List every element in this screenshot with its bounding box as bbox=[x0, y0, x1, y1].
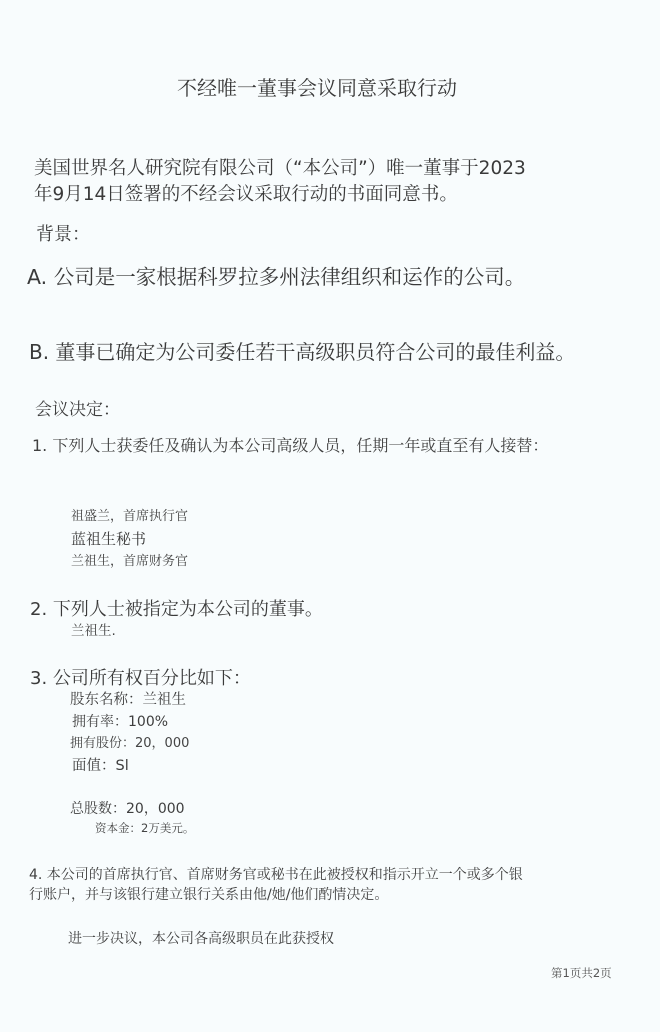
officer-cfo: 兰祖生，首席财务官 bbox=[71, 555, 188, 568]
background-item-b: B. 董事已确定为公司委任若干高级职员符合公司的最佳利益。 bbox=[29, 342, 575, 362]
resolution-3-text: 3. 公司所有权百分比如下： bbox=[30, 670, 251, 688]
officer-secretary: 蓝祖生秘书 bbox=[71, 532, 146, 547]
resolution-2-text: 2. 下列人士被指定为本公司的董事。 bbox=[30, 601, 323, 619]
par-value: 面值：Sl bbox=[72, 759, 129, 774]
page-indicator: 第1页共2页 bbox=[551, 968, 612, 980]
officer-ceo: 祖盛兰，首席执行官 bbox=[71, 510, 188, 523]
intro-line-2: 年9月14日签署的不经会议采取行动的书面同意书。 bbox=[34, 186, 458, 205]
background-item-a: A. 公司是一家根据科罗拉多州法律组织和运作的公司。 bbox=[27, 267, 525, 288]
background-heading: 背景： bbox=[36, 226, 90, 244]
capital: 资本金：2万美元。 bbox=[95, 823, 194, 835]
resolution-4-line-2: 行账户，并与该银行建立银行关系由他/她/他们酌情决定。 bbox=[29, 888, 388, 902]
shares-owned: 拥有股份：20，000 bbox=[70, 737, 189, 750]
further-resolution: 进一步决议，本公司各高级职员在此获授权 bbox=[68, 932, 334, 946]
intro-line-1: 美国世界名人研究院有限公司（“本公司”）唯一董事于2023 bbox=[34, 160, 526, 179]
resolution-1-text: 1. 下列人士获委任及确认为本公司高级人员，任期一年或直至有人接替： bbox=[32, 438, 548, 454]
resolution-4-line-1: 4. 本公司的首席执行官、首席财务官或秘书在此被授权和指示开立一个或多个银 bbox=[29, 868, 523, 882]
document-title: 不经唯一董事会议同意采取行动 bbox=[177, 78, 457, 98]
total-shares: 总股数：20，000 bbox=[70, 802, 185, 816]
director-name: 兰祖生. bbox=[71, 625, 116, 639]
resolutions-heading: 会议决定： bbox=[35, 402, 120, 419]
shareholder-name: 股东名称：兰祖生 bbox=[70, 693, 186, 708]
ownership-rate: 拥有率：100% bbox=[72, 715, 168, 729]
